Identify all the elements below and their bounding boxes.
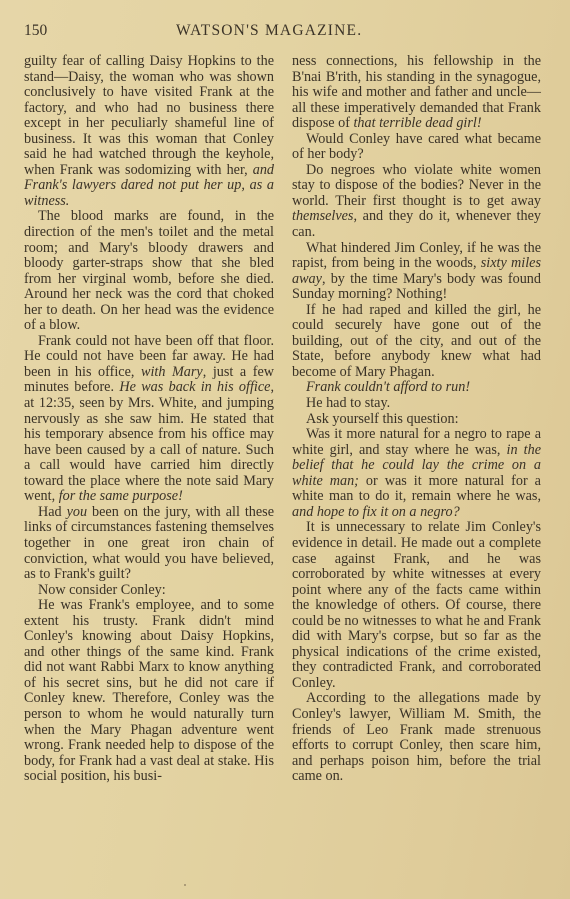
magazine-page: 150 WATSON'S MAGAZINE. guilty fear of ca… xyxy=(0,0,570,899)
paragraph: He was Frank's employee, and to some ext… xyxy=(24,598,274,785)
body-text: , by the time Mary's body was found Sund… xyxy=(292,271,541,303)
body-text: Ask yourself this question: xyxy=(306,411,459,427)
paragraph: Frank could not have been off that floor… xyxy=(24,334,274,505)
paragraph: What hindered Jim Conley, if he was the … xyxy=(292,241,541,303)
page-number: 150 xyxy=(24,22,47,40)
running-head: WATSON'S MAGAZINE. xyxy=(176,22,362,40)
paragraph: Would Conley have cared what became of h… xyxy=(292,132,541,163)
paragraph: Do negroes who violate white women stay … xyxy=(292,163,541,241)
paragraph: guilty fear of calling Daisy Hopkins to … xyxy=(24,54,274,209)
paragraph: If he had raped and killed the girl, he … xyxy=(292,303,541,381)
emphasis-text: and hope to fix it on a negro? xyxy=(292,504,460,520)
paragraph: Ask yourself this question: xyxy=(292,412,541,428)
paper-speck xyxy=(184,884,186,886)
paragraph: ness connections, his fellowship in the … xyxy=(292,54,541,132)
paragraph: He had to stay. xyxy=(292,396,541,412)
paragraph: Had you been on the jury, with all these… xyxy=(24,505,274,583)
body-text: The blood marks are found, in the direct… xyxy=(24,208,274,333)
paragraph: Now consider Conley: xyxy=(24,583,274,599)
body-text: If he had raped and killed the girl, he … xyxy=(292,302,541,380)
body-text: Now consider Conley: xyxy=(38,582,166,598)
body-text: He was Frank's employee, and to some ext… xyxy=(24,597,274,784)
paragraph: Was it more natural for a negro to rape … xyxy=(292,427,541,520)
body-text: Would Conley have cared what became of h… xyxy=(292,131,541,163)
body-text: It is unnecessary to relate Jim Conley's… xyxy=(292,519,541,690)
paragraph: Frank couldn't afford to run! xyxy=(292,380,541,396)
emphasis-text: that terrible dead girl! xyxy=(353,115,481,131)
emphasis-text: you xyxy=(67,504,88,520)
emphasis-text: with Mary xyxy=(141,364,203,380)
paragraph: According to the allegations made by Con… xyxy=(292,691,541,784)
body-text: He had to stay. xyxy=(306,395,390,411)
body-text: , at 12:35, seen by Mrs. White, and jump… xyxy=(24,379,274,504)
body-text: According to the allegations made by Con… xyxy=(292,690,541,784)
emphasis-text: themselves xyxy=(292,208,353,224)
emphasis-text: He was back in his office xyxy=(119,379,270,395)
left-column: guilty fear of calling Daisy Hopkins to … xyxy=(24,54,274,785)
body-text: Was it more natural for a negro to rape … xyxy=(292,426,541,458)
right-column: ness connections, his fellowship in the … xyxy=(292,54,541,785)
emphasis-text: for the same purpose! xyxy=(59,488,183,504)
page-header: 150 WATSON'S MAGAZINE. xyxy=(24,22,546,42)
paragraph: It is unnecessary to relate Jim Conley's… xyxy=(292,520,541,691)
body-text: Do negroes who violate white women stay … xyxy=(292,162,541,209)
emphasis-text: Frank couldn't afford to run! xyxy=(306,379,470,395)
body-text: Had xyxy=(38,504,67,520)
paragraph: The blood marks are found, in the direct… xyxy=(24,209,274,333)
body-text: guilty fear of calling Daisy Hopkins to … xyxy=(24,53,274,178)
